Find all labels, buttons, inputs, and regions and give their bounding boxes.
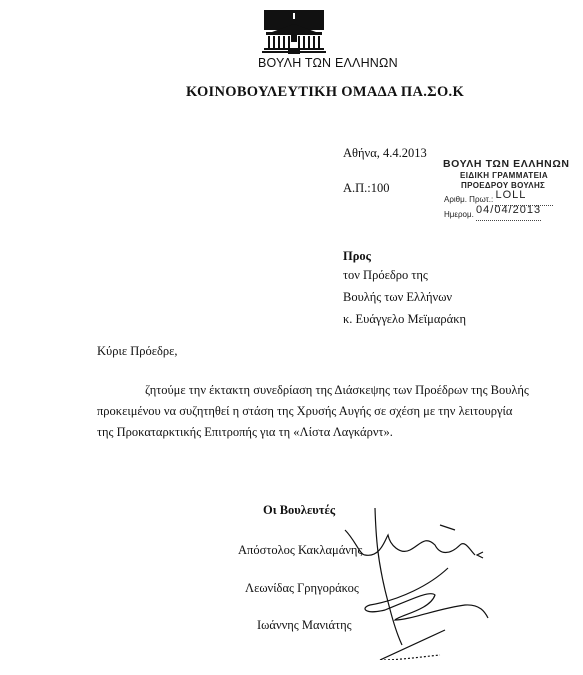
recipient-label: Προς	[343, 249, 371, 264]
body-line: προκειμένου να συζητηθεί η στάση της Χρυ…	[97, 401, 529, 422]
stamp-date-value: 04/04/2013	[476, 204, 541, 216]
stamp-date-label: Ημερομ.	[444, 210, 474, 219]
parliament-building-icon	[262, 10, 326, 55]
body-line: ζητούμε την έκτακτη συνεδρίαση της Διάσκ…	[97, 380, 529, 401]
stamp-date: Ημερομ. 04/04/2013	[444, 208, 541, 221]
handwritten-signature-icon	[340, 500, 580, 660]
group-title: ΚΟΙΝΟΒΟΥΛΕΥΤΙΚΗ ΟΜΑΔΑ ΠΑ.ΣΟ.Κ	[186, 84, 464, 101]
signatories-title: Οι Βουλευτές	[263, 503, 335, 518]
reference-number: Α.Π.:100	[343, 181, 390, 196]
recipient-line-1: τον Πρόεδρο της	[343, 268, 428, 283]
recipient-line-3: κ. Ευάγγελο Μεϊμαράκη	[343, 312, 466, 327]
parliament-name: ΒΟΥΛΗ ΤΩΝ ΕΛΛΗΝΩΝ	[258, 56, 398, 70]
letter-body: ζητούμε την έκτακτη συνεδρίαση της Διάσκ…	[97, 380, 529, 443]
letter-date: Αθήνα, 4.4.2013	[343, 146, 427, 161]
registry-stamp: ΒΟΥΛΗ ΤΩΝ ΕΛΛΗΝΩΝ ΕΙΔΙΚΗ ΓΡΑΜΜΑΤΕΙΑ ΠΡΟΕ…	[440, 158, 582, 220]
stamp-protocol-value: LOLL	[495, 189, 526, 201]
stamp-protocol-label: Αριθμ. Πρωτ.:	[444, 195, 493, 204]
signatory-name: Ιωάννης Μανιάτης	[257, 618, 352, 633]
salutation: Κύριε Πρόεδρε,	[97, 344, 177, 359]
stamp-line-1: ΒΟΥΛΗ ΤΩΝ ΕΛΛΗΝΩΝ	[443, 158, 570, 170]
stamp-line-2: ΕΙΔΙΚΗ ΓΡΑΜΜΑΤΕΙΑ	[460, 171, 548, 180]
recipient-line-2: Βουλής των Ελλήνων	[343, 290, 452, 305]
body-line: της Προκαταρκτικής Επιτροπής για τη «Λίσ…	[97, 422, 529, 443]
